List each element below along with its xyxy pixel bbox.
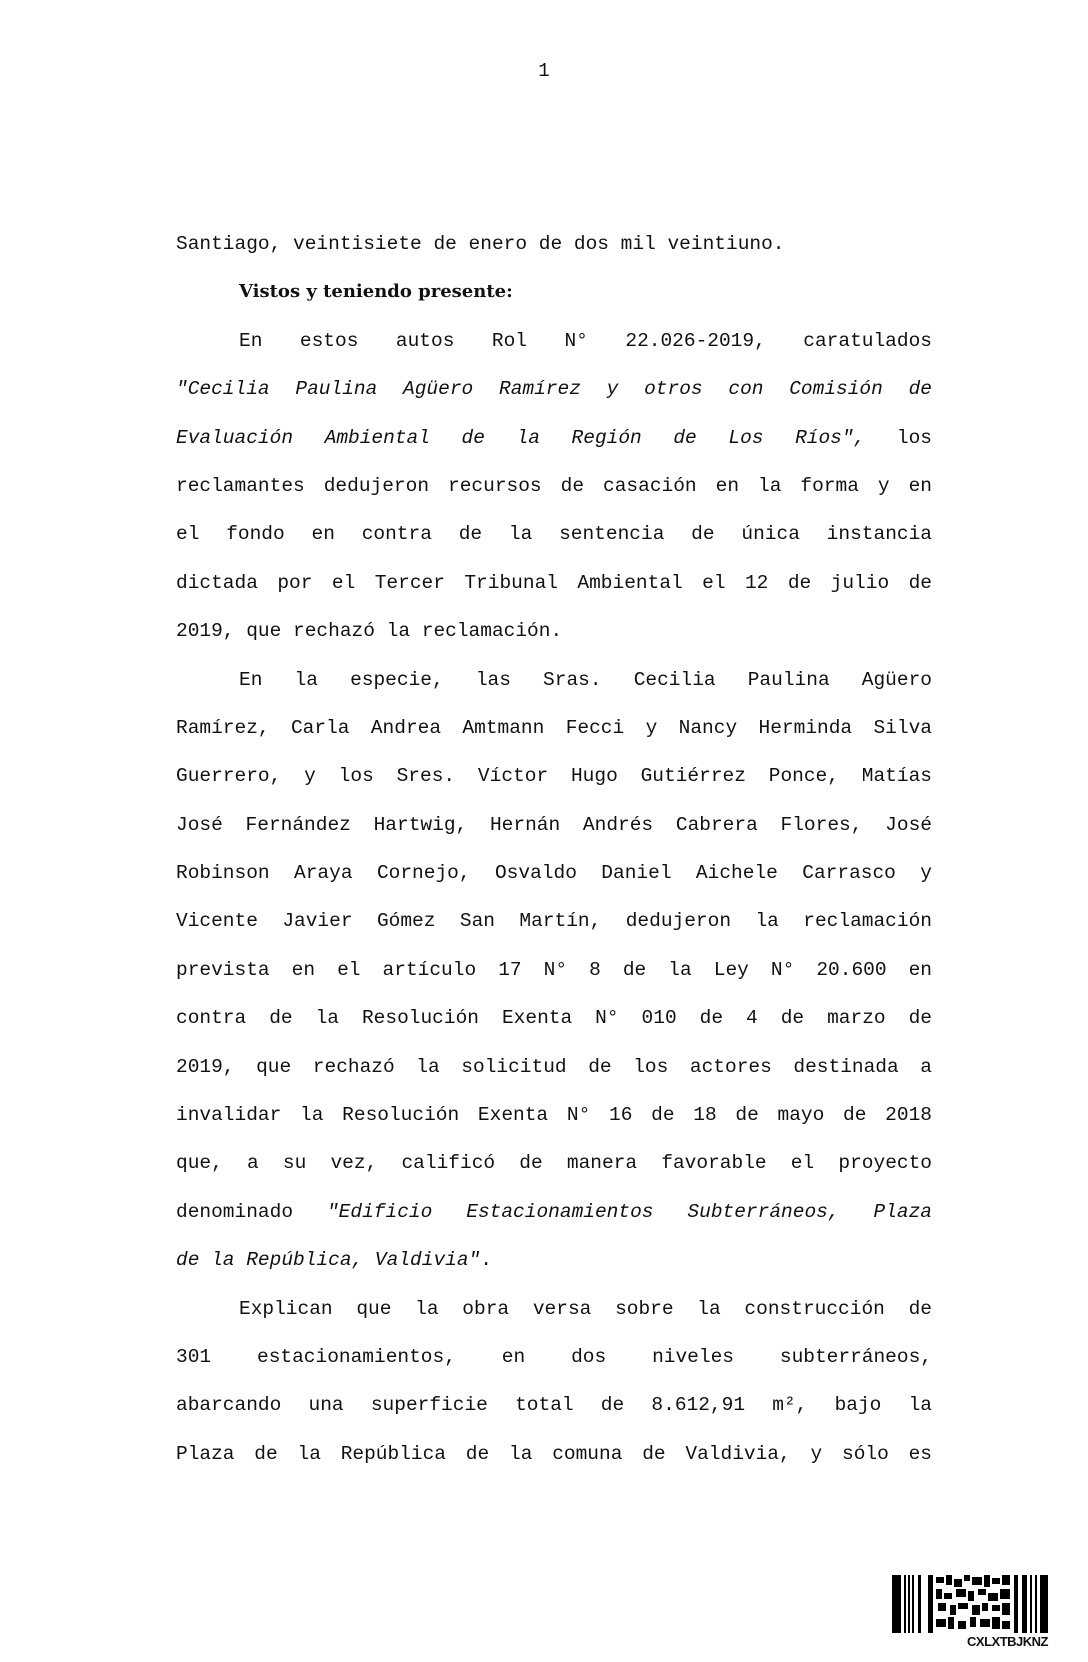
- case-title-fragment: Evaluación Ambiental de la Región de Los…: [176, 427, 865, 449]
- paragraph-1-line: 2019, que rechazó la reclamación.: [176, 607, 932, 655]
- paragraph-2-line: Robinson Araya Cornejo, Osvaldo Daniel A…: [176, 849, 932, 897]
- paragraph-2-line: Vicente Javier Gómez San Martín, dedujer…: [176, 897, 932, 945]
- paragraph-1-fragment: los: [897, 427, 932, 449]
- paragraph-2-line: invalidar la Resolución Exenta N° 16 de …: [176, 1091, 932, 1139]
- document-body: Santiago, veintisiete de enero de dos mi…: [176, 220, 932, 1478]
- paragraph-2-line: José Fernández Hartwig, Hernán Andrés Ca…: [176, 801, 932, 849]
- page-number: 1: [0, 60, 1088, 82]
- document-page: 1 Santiago, veintisiete de enero de dos …: [0, 0, 1088, 1662]
- paragraph-2-line: que, a su vez, calificó de manera favora…: [176, 1139, 932, 1187]
- paragraph-2-fragment: denominado: [176, 1201, 293, 1223]
- section-heading: Vistos y teniendo presente:: [176, 268, 932, 316]
- barcode-code: CXLXTBJKNZ: [892, 1634, 1048, 1649]
- barcode-icon: [892, 1575, 1048, 1633]
- paragraph-3-line: 301 estacionamientos, en dos niveles sub…: [176, 1333, 932, 1381]
- project-name-fragment: "Edificio Estacionamientos Subterráneos,…: [327, 1201, 932, 1223]
- paragraph-1-line: Evaluación Ambiental de la Región de Los…: [176, 414, 932, 462]
- paragraph-2-line: contra de la Resolución Exenta N° 010 de…: [176, 994, 932, 1042]
- paragraph-1-line: el fondo en contra de la sentencia de ún…: [176, 510, 932, 558]
- paragraph-1-line: dictada por el Tercer Tribunal Ambiental…: [176, 559, 932, 607]
- paragraph-3-line: abarcando una superficie total de 8.612,…: [176, 1381, 932, 1429]
- paragraph-2-fragment: .: [480, 1249, 492, 1271]
- paragraph-2-line: En la especie, las Sras. Cecilia Paulina…: [176, 656, 932, 704]
- paragraph-2-line: Ramírez, Carla Andrea Amtmann Fecci y Na…: [176, 704, 932, 752]
- paragraph-2-line: prevista en el artículo 17 N° 8 de la Le…: [176, 946, 932, 994]
- date-line: Santiago, veintisiete de enero de dos mi…: [176, 220, 932, 268]
- paragraph-2-line: 2019, que rechazó la solicitud de los ac…: [176, 1043, 932, 1091]
- paragraph-1-line: En estos autos Rol N° 22.026-2019, carat…: [176, 317, 932, 365]
- paragraph-3-line: Explican que la obra versa sobre la cons…: [176, 1285, 932, 1333]
- paragraph-1-line: reclamantes dedujeron recursos de casaci…: [176, 462, 932, 510]
- paragraph-2-line: Guerrero, y los Sres. Víctor Hugo Gutiér…: [176, 752, 932, 800]
- paragraph-2-line: de la República, Valdivia".: [176, 1236, 932, 1284]
- paragraph-3-line: Plaza de la República de la comuna de Va…: [176, 1430, 932, 1478]
- paragraph-1-line: "Cecilia Paulina Agüero Ramírez y otros …: [176, 365, 932, 413]
- project-name-fragment: de la República, Valdivia": [176, 1249, 480, 1271]
- paragraph-2-line: denominado "Edificio Estacionamientos Su…: [176, 1188, 932, 1236]
